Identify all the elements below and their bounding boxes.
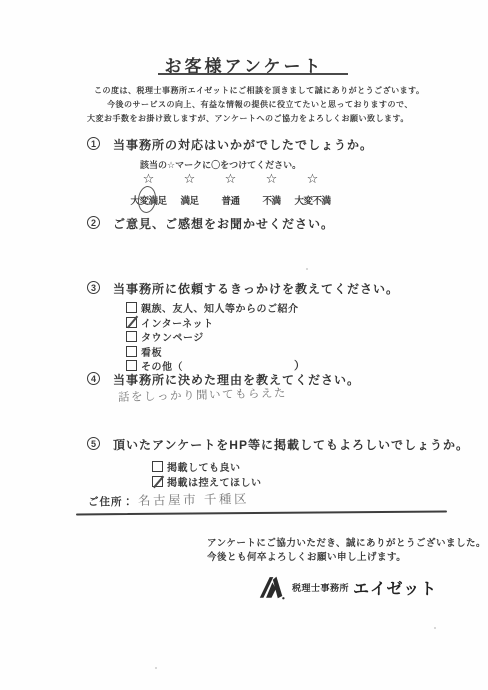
closing-line-2: 今後とも何卒よろしくお願い申し上げます。 — [207, 549, 406, 563]
q4-number-icon: 4 — [87, 372, 100, 385]
address-handwritten-value: 名古屋市 千種区 — [138, 489, 249, 509]
q2-question: ご意見、ご感想をお聞かせください。 — [113, 215, 334, 232]
scan-speck — [155, 667, 157, 669]
checkbox-townpage[interactable] — [126, 331, 137, 342]
scan-speck — [306, 268, 308, 270]
q5-question: 頂いたアンケートをHP等に掲載してもよろしいでしょうか。 — [113, 436, 469, 453]
rating-label-very-dissatisfied: 大変不満 — [294, 196, 330, 207]
star-icon: ☆ — [307, 171, 319, 186]
company-logo-icon — [258, 574, 285, 600]
q5-option-publish-no: 掲載は控えてほしい — [167, 474, 262, 489]
rating-label-dissatisfied: 不満 — [262, 196, 280, 207]
company-prefix-label: 税理士事務所 — [292, 581, 349, 594]
handwritten-selected-rating-circle — [137, 185, 158, 214]
checkbox-internet[interactable] — [126, 317, 137, 328]
star-icon: ☆ — [184, 171, 196, 186]
q3-question: 当事務所に依頼するきっかけを教えてください。 — [113, 280, 399, 297]
star-icon: ☆ — [225, 171, 237, 186]
star-icon: ☆ — [266, 171, 278, 186]
q3-option-referral: 親族、友人、知人等からのご紹介 — [141, 300, 299, 315]
checkmark-icon — [153, 475, 164, 488]
q2-answer-area — [113, 235, 413, 280]
q5-number-icon: 5 — [87, 437, 100, 450]
q1-stars-row: ☆ ☆ ☆ ☆ ☆ — [128, 170, 333, 188]
q1-question: 当事務所の対応はいかがでしたでしょうか。 — [113, 136, 373, 153]
closing-line-1: アンケートにご協力いただき、誠にありがとうございました。 — [207, 535, 486, 549]
company-logo: 税理士事務所 エイゼット — [258, 574, 437, 600]
address-label: ご住所： — [88, 494, 134, 509]
checkbox-signboard[interactable] — [126, 346, 137, 357]
intro-line-3: 大変お手数をお掛け致しますが、アンケートへのご協力をよろしくお願い致します。 — [87, 113, 409, 124]
checkmark-icon — [127, 316, 138, 329]
checkbox-other[interactable] — [126, 360, 137, 371]
q1-number-icon: 1 — [87, 137, 100, 150]
q2-number-icon: 2 — [87, 216, 100, 229]
rating-label-satisfied: 満足 — [180, 196, 198, 207]
star-icon: ☆ — [143, 171, 155, 186]
scanned-survey-page: お客様アンケート この度は、税理士事務所エイゼットにご相談を頂きまして誠にありが… — [0, 0, 488, 690]
rating-label-neutral: 普通 — [221, 196, 239, 207]
company-name-label: エイゼット — [353, 576, 437, 599]
checkbox-publish-no[interactable] — [152, 476, 163, 487]
q3-option-townpage: タウンページ — [141, 329, 204, 344]
q5-option-publish-ok: 掲載しても良い — [167, 459, 241, 474]
checkbox-referral[interactable] — [126, 302, 137, 313]
title-underline — [158, 73, 348, 75]
scan-speck — [434, 627, 436, 629]
q3-option-internet: インターネット — [141, 315, 214, 330]
checkbox-publish-ok[interactable] — [152, 461, 163, 472]
q3-number-icon: 3 — [87, 281, 100, 294]
intro-line-1: この度は、税理士事務所エイゼットにご相談を頂きまして誠にありがとうございます。 — [94, 85, 424, 96]
intro-line-2: 今後のサービスの向上、有益な情報の提供に役立てたいと思っておりますので、 — [107, 99, 413, 110]
q3-option-signboard: 看板 — [141, 344, 162, 359]
address-underline — [76, 511, 447, 516]
q4-handwritten-answer: 話をしっかり聞いてもらえた — [118, 385, 287, 405]
q1-rating-labels: 大変満足 満足 普通 不満 大変不満 — [128, 191, 333, 209]
